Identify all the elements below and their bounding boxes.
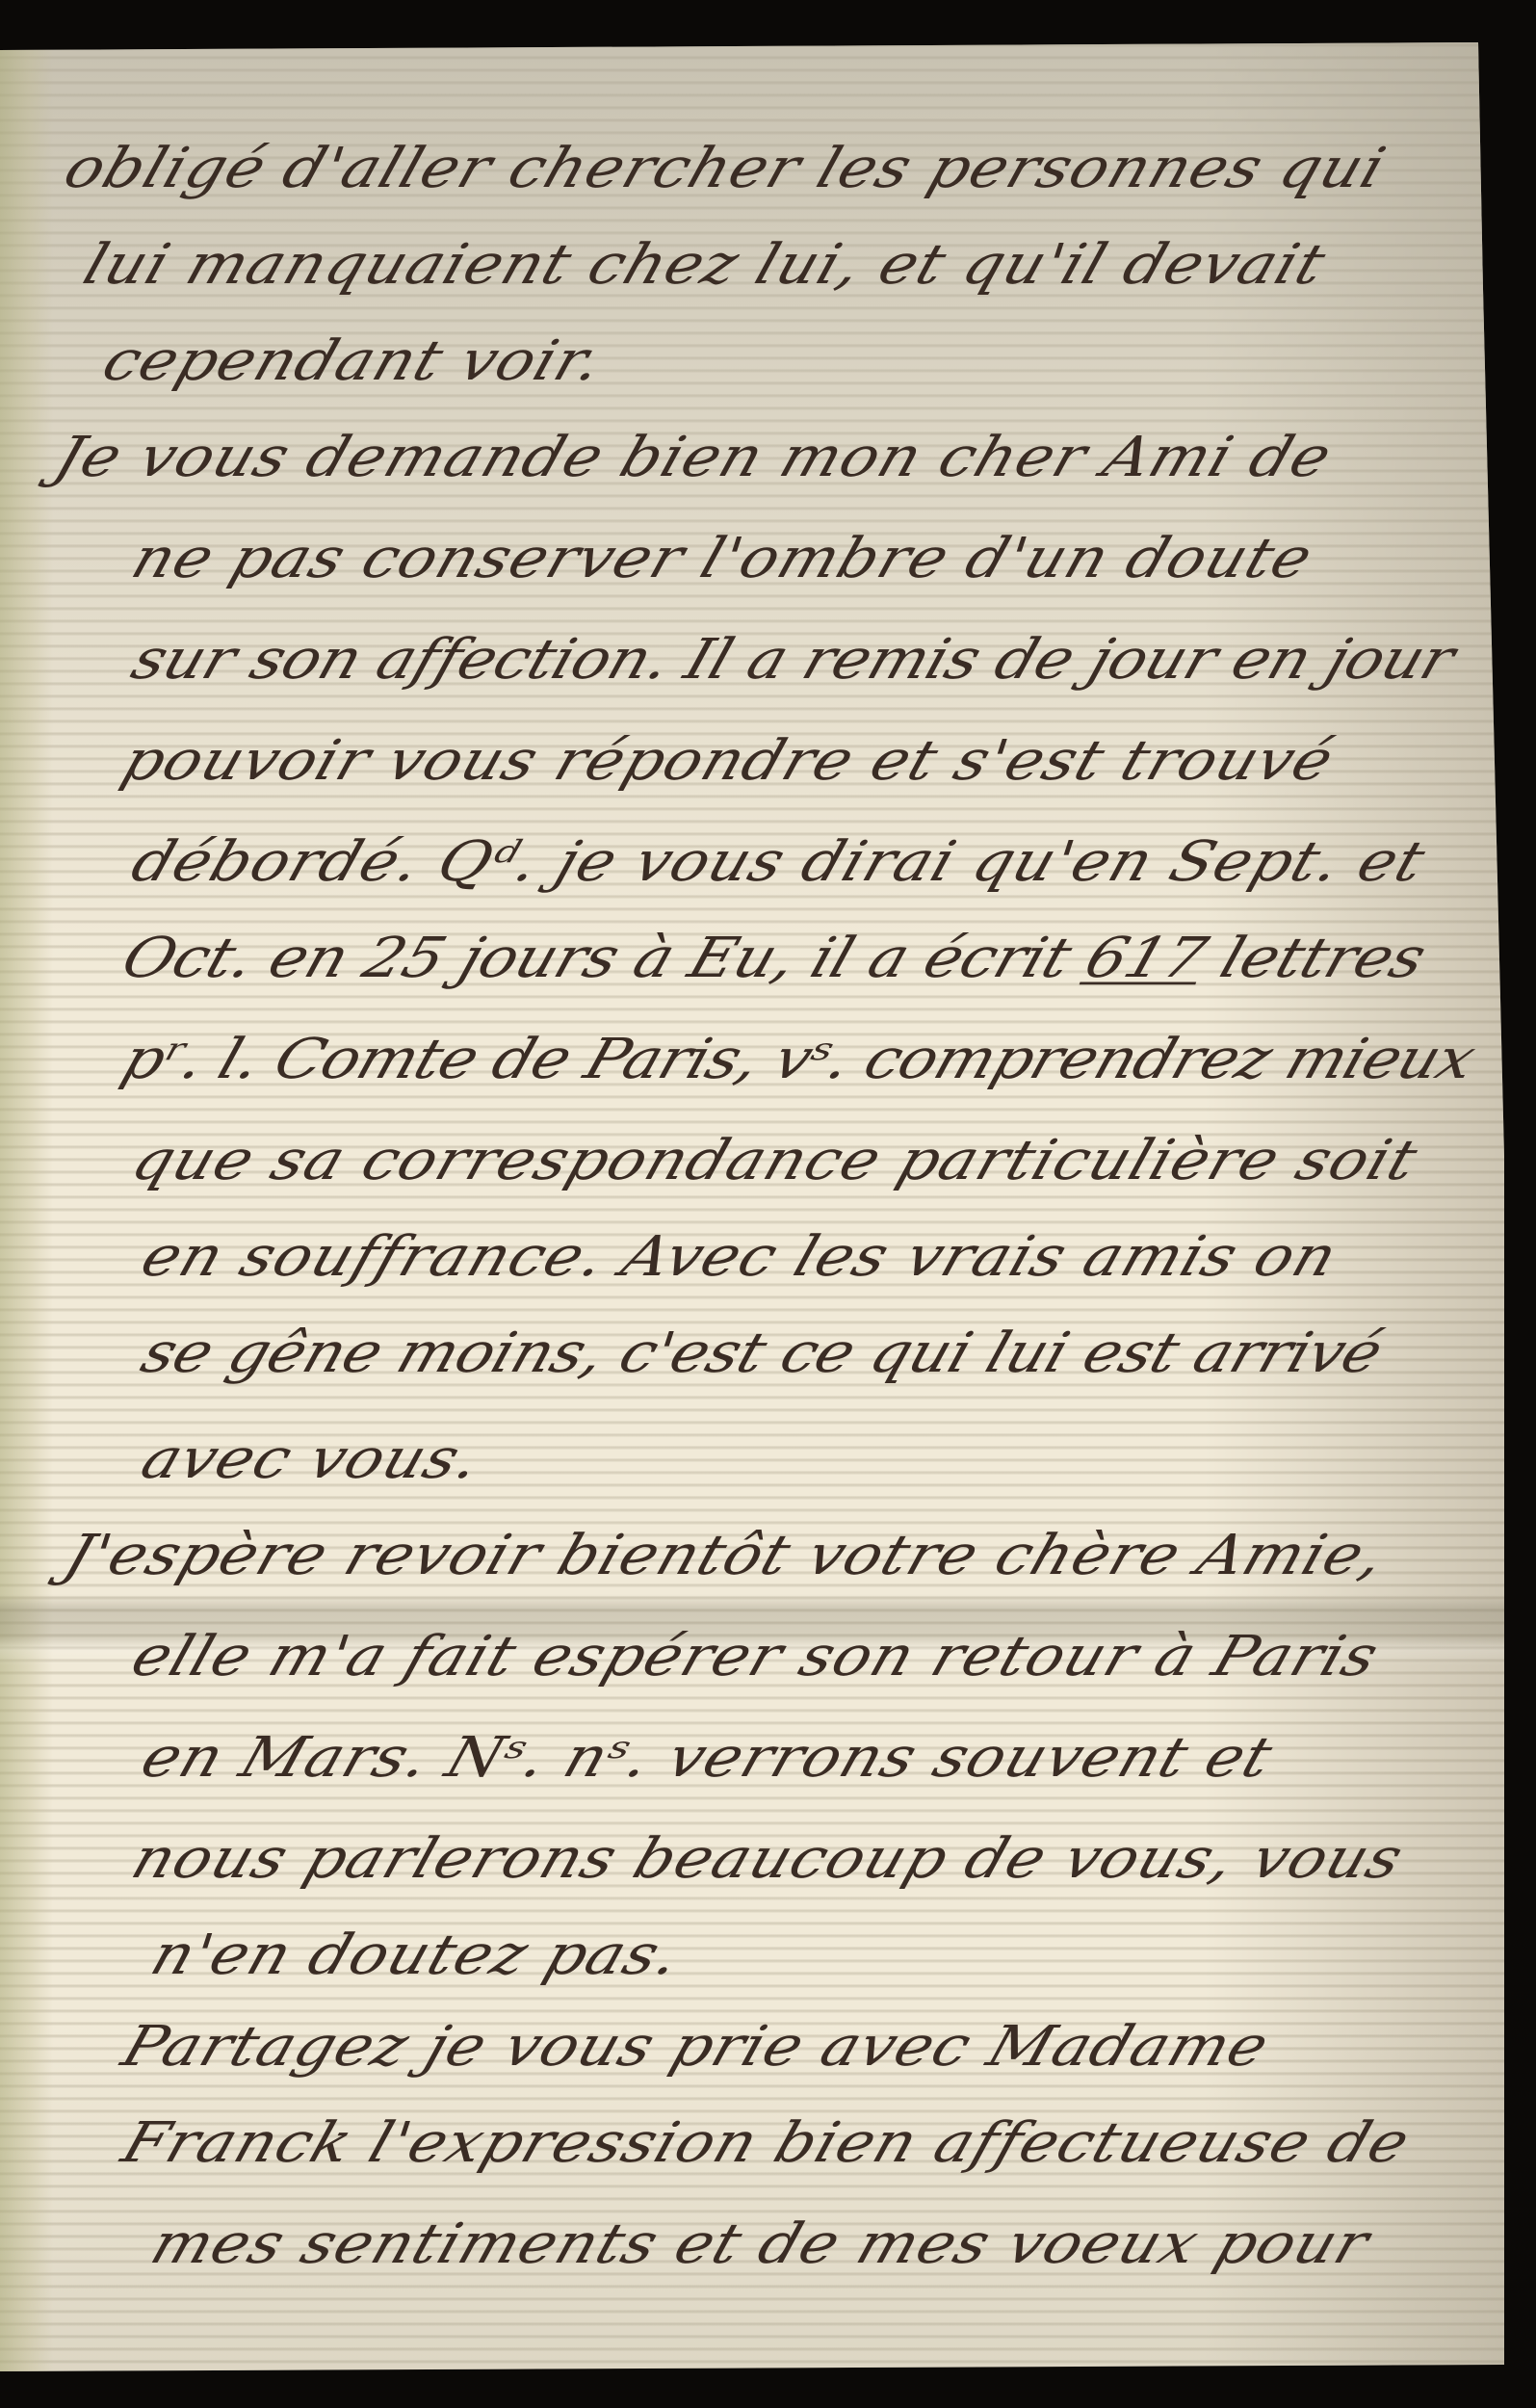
letter-line-3: cependant voir. [96,333,610,389]
letter-line-11: que sa correspondance particulière soit [125,1133,1424,1189]
letter-line-22: mes sentiments et de mes voeux pour [144,2216,1376,2272]
letter-line-9-suffix: lettres [1212,927,1433,991]
letter-line-8: débordé. Qᵈ. je vous dirai qu'en Sept. e… [125,834,1432,890]
letter-line-10: pʳ. l. Comte de Paris, vˢ. comprendrez m… [116,1032,1481,1087]
letter-line-18: nous parlerons beaucoup de vous, vous [125,1831,1410,1887]
letter-line-6: sur son affection. Il a remis de jour en… [125,632,1461,688]
letter-line-14: avec vous. [135,1431,487,1487]
letter-line-7: pouvoir vous répondre et s'est trouvé [116,733,1341,789]
letter-line-13: se gêne moins, c'est ce qui lui est arri… [135,1325,1389,1381]
letter-line-21: Franck l'expression bien affectueuse de [116,2115,1417,2171]
letter-line-15: J'espère revoir bientôt votre chère Amie… [58,1528,1392,1584]
letter-line-12: en souffrance. Avec les vrais amis on [135,1229,1344,1285]
letter-line-5: ne pas conserver l'ombre d'un doute [125,531,1319,587]
letter-line-16: elle m'a fait espérer son retour à Paris [125,1629,1385,1685]
letter-line-9-text: Oct. en 25 jours à Eu, il a écrit [115,927,1080,991]
letter-line-17: en Mars. Nˢ. nˢ. verrons souvent et [135,1730,1279,1786]
underlined-letter-count: 617 [1078,927,1214,991]
letter-line-20: Partagez je vous prie avec Madame [116,2019,1276,2075]
letter-line-1: obligé d'aller chercher les personnes qu… [58,141,1393,196]
letter-paper: obligé d'aller chercher les personnes qu… [0,0,1536,2408]
letter-line-19: n'en doutez pas. [144,1927,688,1983]
letter-line-2: lui manquaient chez lui, et qu'il devait [77,237,1332,293]
letter-line-4: Je vous demande bien mon cher Ami de [48,430,1339,485]
letter-line-9: Oct. en 25 jours à Eu, il a écrit 617 le… [116,930,1432,986]
